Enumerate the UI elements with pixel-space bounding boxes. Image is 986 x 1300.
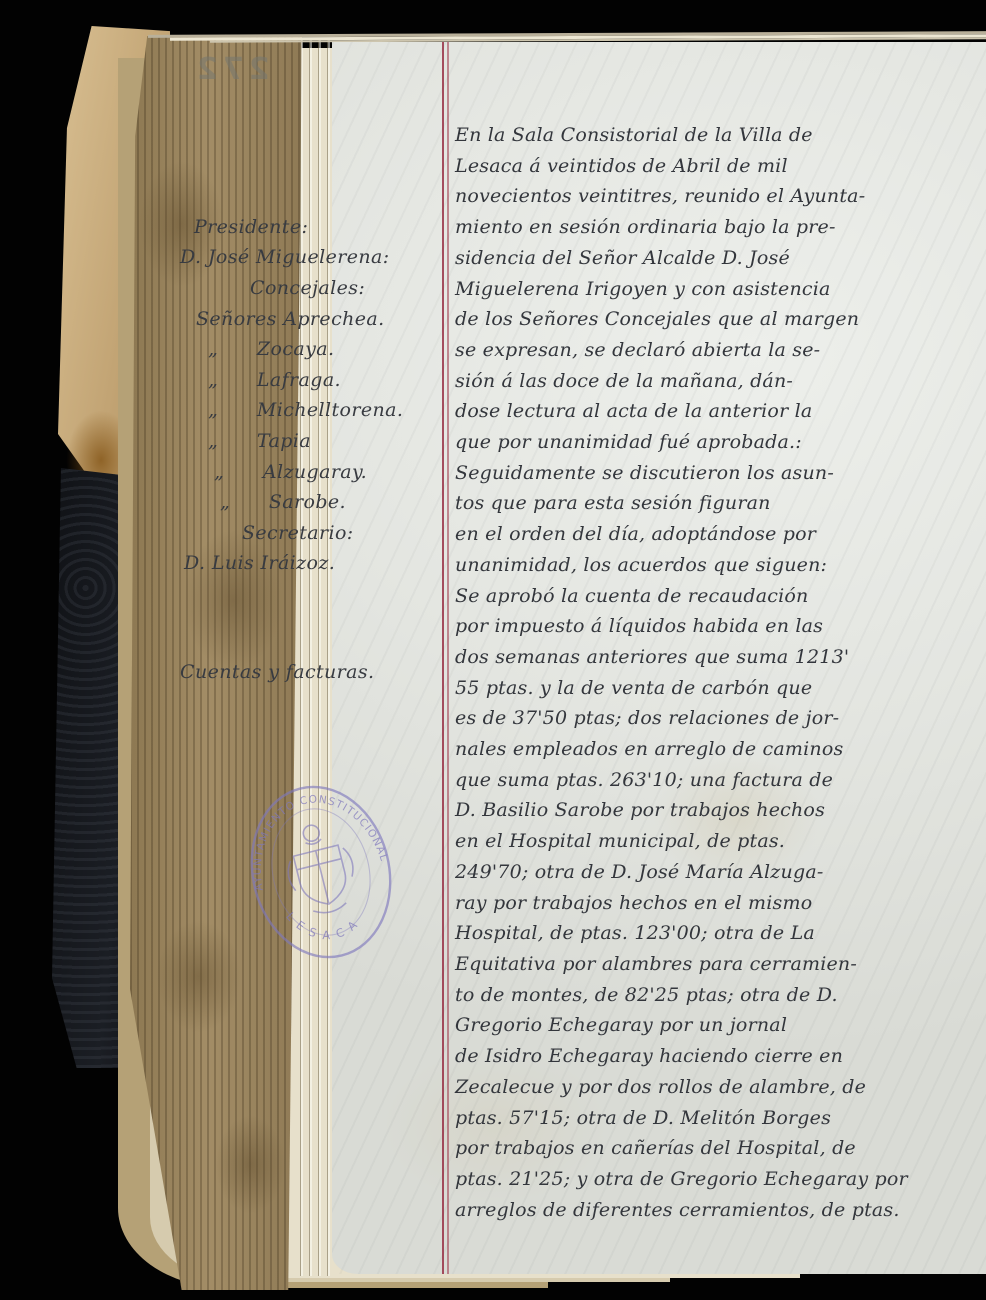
margin-note-line: Concejales: <box>180 273 442 304</box>
manuscript-line: tos que para esta sesión figuran <box>455 488 986 519</box>
manuscript-line: arreglos de diferentes cerramientos, de … <box>455 1195 986 1226</box>
manuscript-line: D. Basilio Sarobe por trabajos hechos <box>455 795 986 826</box>
manuscript-line: dose lectura al acta de la anterior la <box>455 396 986 427</box>
scanned-manuscript-photo: 272 Presidente:D. José Miguelerena:Conce… <box>0 0 986 1300</box>
margin-note-line: Presidente: <box>180 212 442 243</box>
margin-note-line: Cuentas y facturas. <box>180 657 442 688</box>
margin-notes-column: Presidente:D. José Miguelerena:Concejale… <box>180 120 442 688</box>
bleedthrough-page-number: 272 <box>192 52 270 87</box>
margin-note-line: Señores Aprechea. <box>180 304 442 335</box>
manuscript-line: en el orden del día, adoptándose por <box>455 519 986 550</box>
margin-note-line: „ Lafraga. <box>180 365 442 396</box>
manuscript-line: sión á las doce de la mañana, dán- <box>455 366 986 397</box>
manuscript-line: se expresan, se declaró abierta la se- <box>455 335 986 366</box>
manuscript-line: En la Sala Consistorial de la Villa de <box>455 120 986 151</box>
manuscript-line: Lesaca á veintidos de Abril de mil <box>455 151 986 182</box>
manuscript-line: miento en sesión ordinaria bajo la pre- <box>455 212 986 243</box>
manuscript-line: to de montes, de 82'25 ptas; otra de D. <box>455 980 986 1011</box>
margin-note-line: D. Luis Iráizoz. <box>180 548 442 579</box>
manuscript-line: dos semanas anteriores que suma 1213' <box>455 642 986 673</box>
manuscript-line: de los Señores Concejales que al margen <box>455 304 986 335</box>
manuscript-line: que por unanimidad fué aprobada.: <box>455 427 986 458</box>
stamp-coat-of-arms <box>278 818 363 920</box>
margin-note-line: „ Sarobe. <box>180 487 442 518</box>
manuscript-line: Gregorio Echegaray por un jornal <box>455 1010 986 1041</box>
manuscript-line: sidencia del Señor Alcalde D. José <box>455 243 986 274</box>
manuscript-line: Zecalecue y por dos rollos de alambre, d… <box>455 1072 986 1103</box>
manuscript-line: que suma ptas. 263'10; una factura de <box>455 765 986 796</box>
manuscript-line: Seguidamente se discutieron los asun- <box>455 458 986 489</box>
manuscript-line: ray por trabajos hechos en el mismo <box>455 888 986 919</box>
manuscript-line: novecientos veintitres, reunido el Ayunt… <box>455 181 986 212</box>
manuscript-line: de Isidro Echegaray haciendo cierre en <box>455 1041 986 1072</box>
manuscript-line: 55 ptas. y la de venta de carbón que <box>455 673 986 704</box>
margin-note-line: D. José Miguelerena: <box>180 242 442 273</box>
margin-note-line: „ Alzugaray. <box>180 457 442 488</box>
manuscript-line: Se aprobó la cuenta de recaudación <box>455 581 986 612</box>
manuscript-line: Hospital, de ptas. 123'00; otra de La <box>455 918 986 949</box>
manuscript-body-text: En la Sala Consistorial de la Villa deLe… <box>455 120 986 1225</box>
manuscript-line: es de 37'50 ptas; dos relaciones de jor- <box>455 703 986 734</box>
manuscript-line: por impuesto á líquidos habida en las <box>455 611 986 642</box>
margin-note-line: „ Tapia <box>180 426 442 457</box>
margin-rule-line <box>447 42 449 1274</box>
margin-rule-line <box>442 42 444 1274</box>
manuscript-line: 249'70; otra de D. José María Alzuga- <box>455 857 986 888</box>
manuscript-line: en el Hospital municipal, de ptas. <box>455 826 986 857</box>
manuscript-line: ptas. 57'15; otra de D. Melitón Borges <box>455 1103 986 1134</box>
manuscript-line: unanimidad, los acuerdos que siguen: <box>455 550 986 581</box>
manuscript-line: ptas. 21'25; y otra de Gregorio Echegara… <box>455 1164 986 1195</box>
margin-note-line: Secretario: <box>180 518 442 549</box>
manuscript-line: por trabajos en cañerías del Hospital, d… <box>455 1133 986 1164</box>
margin-note-line: „ Zocaya. <box>180 334 442 365</box>
manuscript-line: Equitativa por alambres para cerramien- <box>455 949 986 980</box>
margin-note-line: „ Michelltorena. <box>180 395 442 426</box>
manuscript-line: nales empleados en arreglo de caminos <box>455 734 986 765</box>
manuscript-line: Miguelerena Irigoyen y con asistencia <box>455 274 986 305</box>
